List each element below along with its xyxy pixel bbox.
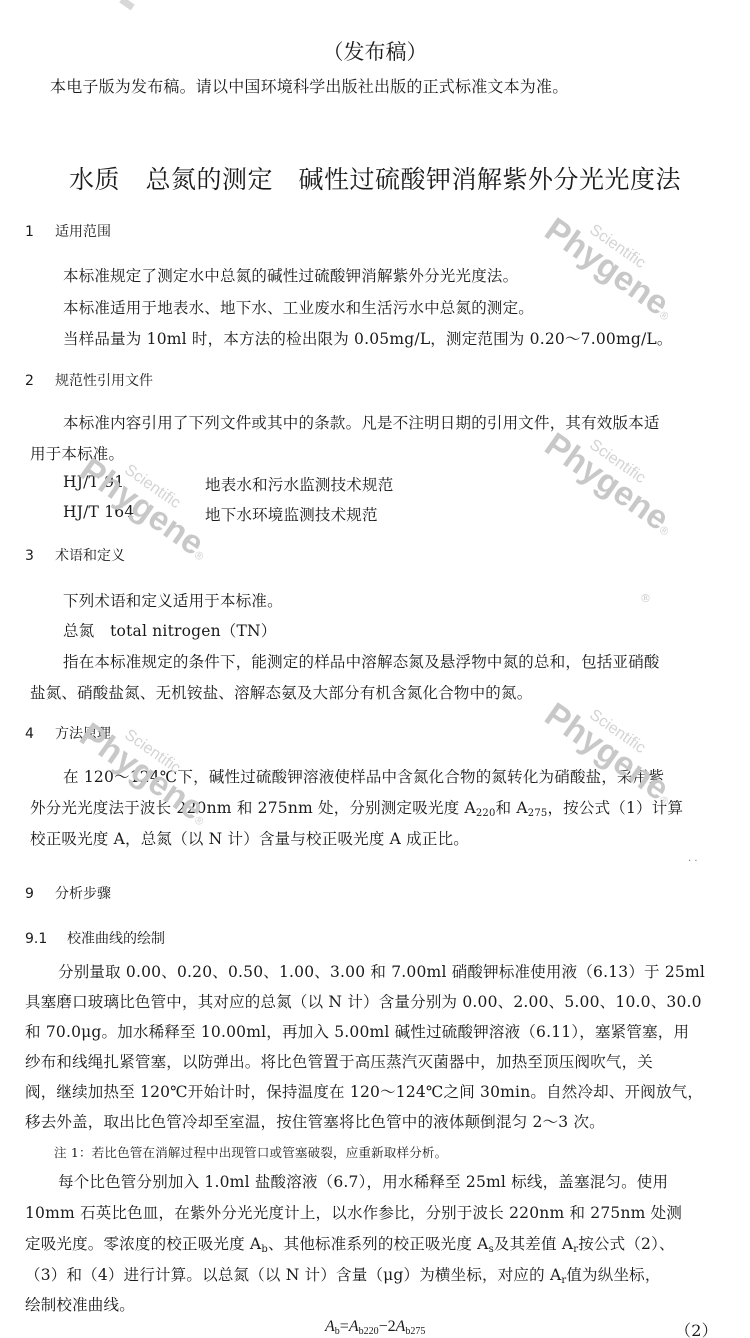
paragraph-continuation: 用于本标准。 xyxy=(30,442,124,464)
section-9-1-heading: 9.1校准曲线的绘制 xyxy=(25,928,165,948)
section-number: 3 xyxy=(25,548,55,564)
paragraph: 在 120～124℃下，碱性过硫酸钾溶液使样品中含氮化合物的氮转化为硝酸盐，采用… xyxy=(63,765,664,787)
paragraph-continuation: 阀，继续加热至 120℃开始计时，保持温度在 120～124℃之间 30min。… xyxy=(25,1080,703,1102)
section-number: 9 xyxy=(25,886,55,902)
registered-icon: ® xyxy=(657,524,671,538)
section-2-heading: 2规范性引用文件 xyxy=(25,370,153,390)
watermark-logo: Scientific Phygene® xyxy=(537,211,682,329)
section-title: 术语和定义 xyxy=(55,548,125,564)
reference-title: 地表水和污水监测技术规范 xyxy=(205,473,393,495)
watermark-brand: Phygene xyxy=(538,426,676,538)
text: 值为纵坐标， xyxy=(566,1266,660,1284)
document-title: 水质 总氮的测定 碱性过硫酸钾消解紫外分光光度法 xyxy=(0,160,750,196)
section-number: 2 xyxy=(25,373,55,389)
watermark-brand: Phygene xyxy=(538,211,676,323)
document-status-label: （发布稿） xyxy=(0,36,750,66)
section-number: 4 xyxy=(25,726,55,742)
watermark-fragment xyxy=(119,0,134,10)
ellipsis-mark: · · xyxy=(688,856,698,867)
paragraph-continuation: 10mm 石英比色皿，在紫外分光光度计上，以水作参比，分别于波长 220nm 和… xyxy=(25,1201,682,1223)
paragraph-continuation: 定吸光度。零浓度的校正吸光度 Ab、其他标准系列的校正吸光度 As及其差值 Ar… xyxy=(25,1232,675,1254)
subscript: 275 xyxy=(528,808,548,819)
section-title: 规范性引用文件 xyxy=(55,373,153,389)
paragraph: 分别量取 0.00、0.20、0.50、1.00、3.00 和 7.00ml 硝… xyxy=(58,960,705,982)
paragraph-continuation: 校正吸光度 A，总氮（以 N 计）含量与校正吸光度 A 成正比。 xyxy=(30,827,469,849)
paragraph-continuation: 纱布和线绳扎紧管塞，以防弹出。将比色管置于高压蒸汽灭菌器中，加热至顶压阀吹气，关 xyxy=(25,1050,653,1072)
formula-term: A xyxy=(325,1318,335,1335)
term-definition-continuation: 盐氮、硝酸盐氮、无机铵盐、溶解态氨及大部分有机含氮化合物中的氮。 xyxy=(30,681,532,703)
text: 按公式（2）、 xyxy=(578,1235,675,1253)
formula-number: （2） xyxy=(675,1318,718,1338)
paragraph-continuation: （3）和（4）进行计算。以总氮（以 N 计）含量（μg）为横坐标，对应的 Ar值… xyxy=(25,1263,661,1285)
registered-icon: ® xyxy=(657,309,671,323)
term-chinese: 总氮 xyxy=(63,622,94,640)
paragraph-continuation: 具塞磨口玻璃比色管中，其对应的总氮（以 N 计）含量分别为 0.00、2.00、… xyxy=(25,990,702,1012)
paragraph: 下列术语和定义适用于本标准。 xyxy=(63,589,283,611)
formula-2: Ab=Ab220−2Ab275 xyxy=(325,1318,425,1336)
subscript: b220 xyxy=(359,1326,379,1337)
section-3-heading: 3术语和定义 xyxy=(25,545,125,565)
publication-notice: 本电子版为发布稿。请以中国环境科学出版社出版的正式标准文本为准。 xyxy=(50,74,568,97)
paragraph: 当样品量为 10ml 时，本方法的检出限为 0.05mg/L，测定范围为 0.2… xyxy=(63,327,673,349)
operator: −2 xyxy=(379,1318,396,1335)
formula-term: A xyxy=(396,1318,406,1335)
term-english: total nitrogen（TN） xyxy=(110,622,276,640)
paragraph: 本标准适用于地表水、地下水、工业废水和生活污水中总氮的测定。 xyxy=(63,296,534,318)
note: 注 1：若比色管在消解过程中出现管口或管塞破裂，应重新取样分析。 xyxy=(54,1143,447,1161)
registered-icon: ® xyxy=(192,549,206,563)
registered-icon: ® xyxy=(640,592,651,605)
text: 外分光光度法于波长 220nm 和 275nm 处，分别测定吸光度 A xyxy=(30,799,476,817)
section-title: 分析步骤 xyxy=(55,886,111,902)
section-number: 1 xyxy=(25,224,55,240)
paragraph-continuation: 移去外盖，取出比色管冷却至室温，按住管塞将比色管中的液体颠倒混匀 2～3 次。 xyxy=(25,1110,605,1132)
paragraph: 每个比色管分别加入 1.0ml 盐酸溶液（6.7），用水稀释至 25ml 标线，… xyxy=(58,1170,668,1192)
term-entry: 总氮 total nitrogen（TN） xyxy=(63,619,277,641)
text: 、其他标准系列的校正吸光度 A xyxy=(268,1235,489,1253)
text: 定吸光度。零浓度的校正吸光度 A xyxy=(25,1235,261,1253)
watermark-brand: Phygene xyxy=(538,696,676,808)
formula-term: A xyxy=(349,1318,359,1335)
watermark-tagline: Scientific xyxy=(586,706,649,757)
paragraph-continuation: 绘制校准曲线。 xyxy=(25,1293,135,1315)
paragraph-continuation: 外分光光度法于波长 220nm 和 275nm 处，分别测定吸光度 A220和 … xyxy=(30,796,683,818)
text: （3）和（4）进行计算。以总氮（以 N 计）含量（μg）为横坐标，对应的 A xyxy=(25,1266,561,1284)
section-title: 校准曲线的绘制 xyxy=(67,931,165,947)
paragraph: 本标准规定了测定水中总氮的碱性过硫酸钾消解紫外分光光度法。 xyxy=(63,264,518,286)
reference-code: HJ/T 164 xyxy=(63,503,134,521)
section-9-heading: 9分析步骤 xyxy=(25,883,111,903)
reference-code: HJ/T 91 xyxy=(63,473,124,491)
text: 和 A xyxy=(496,799,528,817)
operator: = xyxy=(340,1318,349,1335)
watermark-logo: Scientific Phygene® xyxy=(537,426,682,544)
watermark-tagline: Scientific xyxy=(586,436,649,487)
section-number: 9.1 xyxy=(25,931,67,947)
section-title: 适用范围 xyxy=(55,224,111,240)
watermark-tagline: Scientific xyxy=(586,221,649,272)
text: 及其差值 A xyxy=(494,1235,573,1253)
paragraph: 本标准内容引用了下列文件或其中的条款。凡是不注明日期的引用文件，其有效版本适 xyxy=(63,411,660,433)
section-4-heading: 4方法原理 xyxy=(25,723,111,743)
subscript: b275 xyxy=(405,1326,425,1337)
subscript: b xyxy=(261,1244,268,1255)
section-1-heading: 1适用范围 xyxy=(25,221,111,241)
paragraph-continuation: 和 70.0μg。加水稀释至 10.00ml，再加入 5.00ml 碱性过硫酸钾… xyxy=(25,1020,689,1042)
text: ，按公式（1）计算 xyxy=(547,799,683,817)
subscript: 220 xyxy=(476,808,496,819)
term-definition: 指在本标准规定的条件下，能测定的样品中溶解态氮及悬浮物中氮的总和，包括亚硝酸 xyxy=(63,650,660,672)
reference-title: 地下水环境监测技术规范 xyxy=(205,503,378,525)
section-title: 方法原理 xyxy=(55,726,111,742)
